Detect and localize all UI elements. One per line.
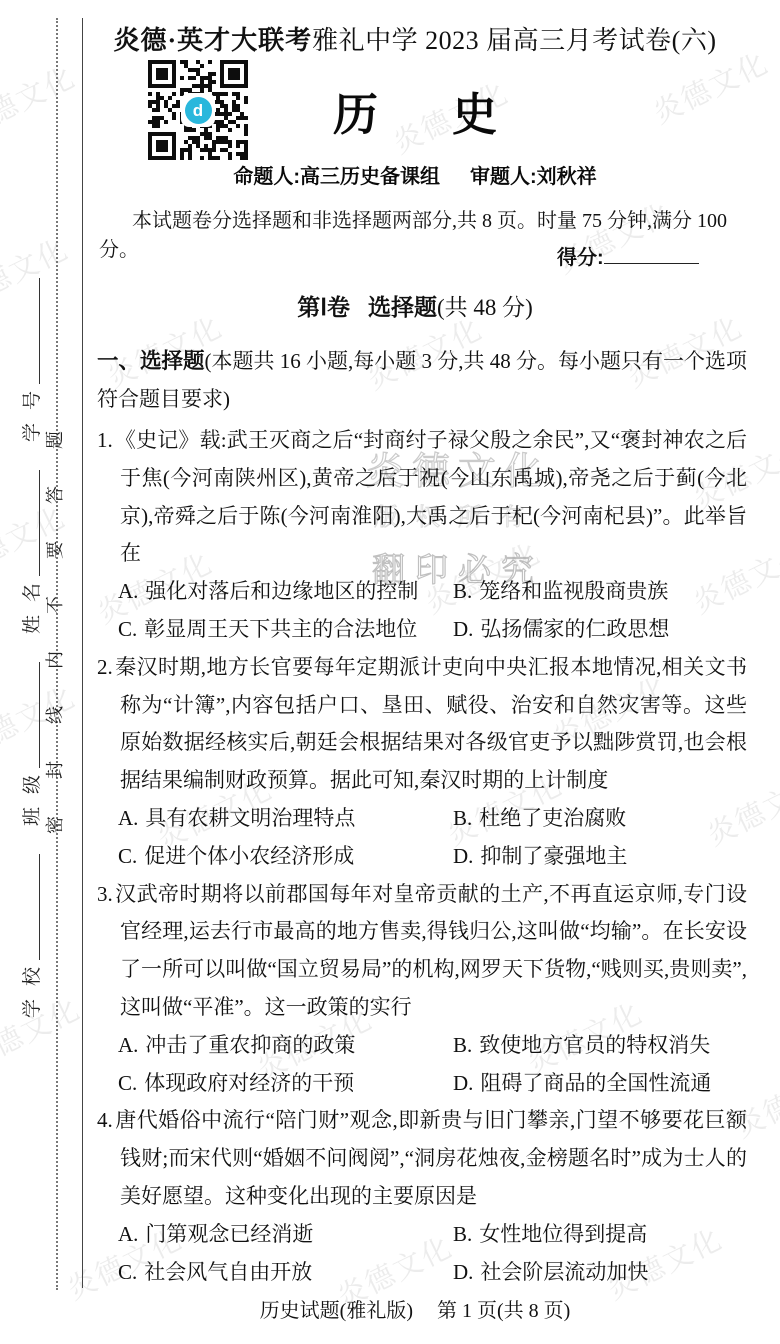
option-letter: B.	[453, 1222, 472, 1246]
answer-option: D.社会阶层流动加快	[453, 1254, 747, 1292]
question-text: 汉武帝时期将以前郡国每年对皇帝贡献的土产,不再直运京师,专门设官经理,运去行市最…	[115, 882, 747, 1019]
option-letter: B.	[453, 579, 472, 603]
option-text: 门第观念已经消逝	[145, 1222, 313, 1246]
footer-paper-name: 历史试题(雅礼版)	[260, 1300, 413, 1322]
answer-option: A.冲击了重农抑商的政策	[118, 1027, 453, 1065]
option-letter: A.	[118, 1033, 138, 1057]
option-letter: C.	[118, 844, 137, 868]
paper-title-rest: 雅礼中学 2023 届高三月考试卷(六)	[312, 26, 716, 55]
question-text: 《史记》载:武王灭商之后“封商纣子禄父殷之余民”,又“褒封神农之后于焦(今河南陕…	[115, 428, 747, 565]
question-block: 3.汉武帝时期将以前郡国每年对皇帝贡献的土产,不再直运京师,专门设官经理,运去行…	[97, 876, 747, 1103]
question-text: 唐代婚俗中流行“陪门财”观念,即新贵与旧门攀亲,门望不够要花巨额钱财;而宋代则“…	[115, 1108, 747, 1208]
student-field-blank-line	[20, 854, 40, 960]
question-number: 4.	[97, 1108, 113, 1132]
question-number: 3.	[97, 882, 113, 906]
option-text: 抑制了豪强地主	[480, 844, 627, 868]
answer-option: A.具有农耕文明治理特点	[118, 800, 453, 838]
question-stem: 3.汉武帝时期将以前郡国每年对皇帝贡献的土产,不再直运京师,专门设官经理,运去行…	[97, 876, 747, 1027]
answer-option: A.门第观念已经消逝	[118, 1216, 453, 1254]
student-field-blank-line	[20, 470, 40, 576]
option-text: 社会风气自由开放	[144, 1260, 312, 1284]
answer-option: B.杜绝了吏治腐败	[453, 800, 747, 838]
part-one-instruction: 一、选择题(本题共 16 小题,每小题 3 分,共 48 分。每小题只有一个选项…	[97, 342, 747, 418]
option-text: 促进个体小农经济形成	[144, 844, 354, 868]
instruction-lead: 一、选择题	[97, 349, 205, 373]
score-row: 得分:	[557, 241, 699, 270]
option-text: 社会阶层流动加快	[480, 1260, 648, 1284]
section-title: 第Ⅰ卷选择题(共 48 分)	[85, 289, 745, 322]
question-number: 2.	[97, 655, 113, 679]
option-text: 致使地方官员的特权消失	[479, 1033, 710, 1057]
subject-char-1: 历	[333, 78, 378, 143]
answer-option: C.社会风气自由开放	[118, 1254, 453, 1292]
question-block: 2.秦汉时期,地方长官要每年定期派计吏向中央汇报本地情况,相关文书称为“计簿”,…	[97, 649, 747, 876]
option-letter: C.	[118, 617, 137, 641]
question-stem: 1.《史记》载:武王灭商之后“封商纣子禄父殷之余民”,又“褒封神农之后于焦(今河…	[97, 422, 747, 573]
option-letter: D.	[453, 1071, 473, 1095]
option-text: 杜绝了吏治腐败	[479, 806, 626, 830]
seal-line-text: 密封线内不要答题	[41, 384, 71, 844]
answer-option: A.强化对落后和边缘地区的控制	[118, 573, 453, 611]
option-text: 女性地位得到提高	[479, 1222, 647, 1246]
paper-title: 炎德·英才大联考雅礼中学 2023 届高三月考试卷(六)	[85, 20, 745, 57]
question-block: 1.《史记》载:武王灭商之后“封商纣子禄父殷之余民”,又“褒封神农之后于焦(今河…	[97, 422, 747, 649]
section-volume: 第Ⅰ卷	[297, 294, 350, 320]
question-number: 1.	[97, 428, 113, 452]
answer-option: C.促进个体小农经济形成	[118, 838, 453, 876]
answer-option: C.彰显周王天下共主的合法地位	[118, 611, 453, 649]
option-letter: A.	[118, 579, 138, 603]
option-letter: D.	[453, 1260, 473, 1284]
paper-title-brand: 炎德·英才大联考	[114, 26, 313, 55]
footer-page-number: 第 1 页(共 8 页)	[437, 1300, 570, 1322]
score-blank-line	[604, 243, 699, 264]
subject-title: 历 史	[85, 78, 745, 143]
setter-label: 命题人:高三历史备课组	[233, 160, 440, 189]
option-text: 冲击了重农抑商的政策	[145, 1033, 355, 1057]
option-letter: C.	[118, 1071, 137, 1095]
option-text: 强化对落后和边缘地区的控制	[145, 579, 418, 603]
subject-char-2: 史	[452, 78, 497, 143]
option-letter: B.	[453, 806, 472, 830]
section-kind: 选择题	[368, 294, 437, 320]
option-text: 弘扬儒家的仁政思想	[480, 617, 669, 641]
option-text: 体现政府对经济的干预	[144, 1071, 354, 1095]
student-field-blank-line	[20, 662, 40, 768]
question-options: A.门第观念已经消逝 B.女性地位得到提高 C.社会风气自由开放 D.社会阶层流…	[118, 1216, 747, 1292]
option-text: 彰显周王天下共主的合法地位	[144, 617, 417, 641]
option-letter: B.	[453, 1033, 472, 1057]
brand-watermark: 炎德文化	[0, 55, 82, 146]
exam-paper-page: 炎德文化炎德文化炎德文化炎德文化炎德文化炎德文化炎德文化炎德文化炎德文化炎德文化…	[0, 0, 780, 1344]
option-letter: D.	[453, 844, 473, 868]
student-field-label: 学校	[17, 954, 44, 1018]
student-field-label: 姓名	[17, 570, 44, 634]
page-footer: 历史试题(雅礼版)第 1 页(共 8 页)	[85, 1294, 745, 1323]
option-text: 笼络和监视殷商贵族	[479, 579, 668, 603]
question-options: A.冲击了重农抑商的政策 B.致使地方官员的特权消失 C.体现政府对经济的干预 …	[118, 1027, 747, 1103]
answer-option: D.弘扬儒家的仁政思想	[453, 611, 747, 649]
question-stem: 4.唐代婚俗中流行“陪门财”观念,即新贵与旧门攀亲,门望不够要花巨额钱财;而宋代…	[97, 1102, 747, 1215]
option-letter: C.	[118, 1260, 137, 1284]
question-options: A.强化对落后和边缘地区的控制 B.笼络和监视殷商贵族 C.彰显周王天下共主的合…	[118, 573, 747, 649]
student-field-label: 学号	[17, 378, 44, 442]
section-points: (共 48 分)	[437, 295, 533, 320]
question-text: 秦汉时期,地方长官要每年定期派计吏向中央汇报本地情况,相关文书称为“计簿”,内容…	[115, 655, 747, 792]
question-list: 1.《史记》载:武王灭商之后“封商纣子禄父殷之余民”,又“褒封神农之后于焦(今河…	[97, 422, 747, 1291]
answer-option: C.体现政府对经济的干预	[118, 1065, 453, 1103]
answer-option: D.抑制了豪强地主	[453, 838, 747, 876]
margin-border-line	[82, 18, 83, 1288]
question-options: A.具有农耕文明治理特点 B.杜绝了吏治腐败 C.促进个体小农经济形成 D.抑制…	[118, 800, 747, 876]
option-text: 具有农耕文明治理特点	[145, 806, 355, 830]
student-field-blank-line	[20, 278, 40, 384]
answer-option: B.致使地方官员的特权消失	[453, 1027, 747, 1065]
setter-reviewer-line: 命题人:高三历史备课组 审题人:刘秋祥	[85, 160, 745, 189]
question-block: 4.唐代婚俗中流行“陪门财”观念,即新贵与旧门攀亲,门望不够要花巨额钱财;而宋代…	[97, 1102, 747, 1291]
option-letter: A.	[118, 1222, 138, 1246]
student-field-label: 班级	[17, 762, 44, 826]
score-label: 得分:	[557, 247, 604, 269]
option-letter: A.	[118, 806, 138, 830]
answer-option: B.笼络和监视殷商贵族	[453, 573, 747, 611]
question-stem: 2.秦汉时期,地方长官要每年定期派计吏向中央汇报本地情况,相关文书称为“计簿”,…	[97, 649, 747, 800]
answer-option: B.女性地位得到提高	[453, 1216, 747, 1254]
option-letter: D.	[453, 617, 473, 641]
answer-option: D.阻碍了商品的全国性流通	[453, 1065, 747, 1103]
option-text: 阻碍了商品的全国性流通	[480, 1071, 711, 1095]
reviewer-label: 审题人:刘秋祥	[470, 160, 597, 189]
